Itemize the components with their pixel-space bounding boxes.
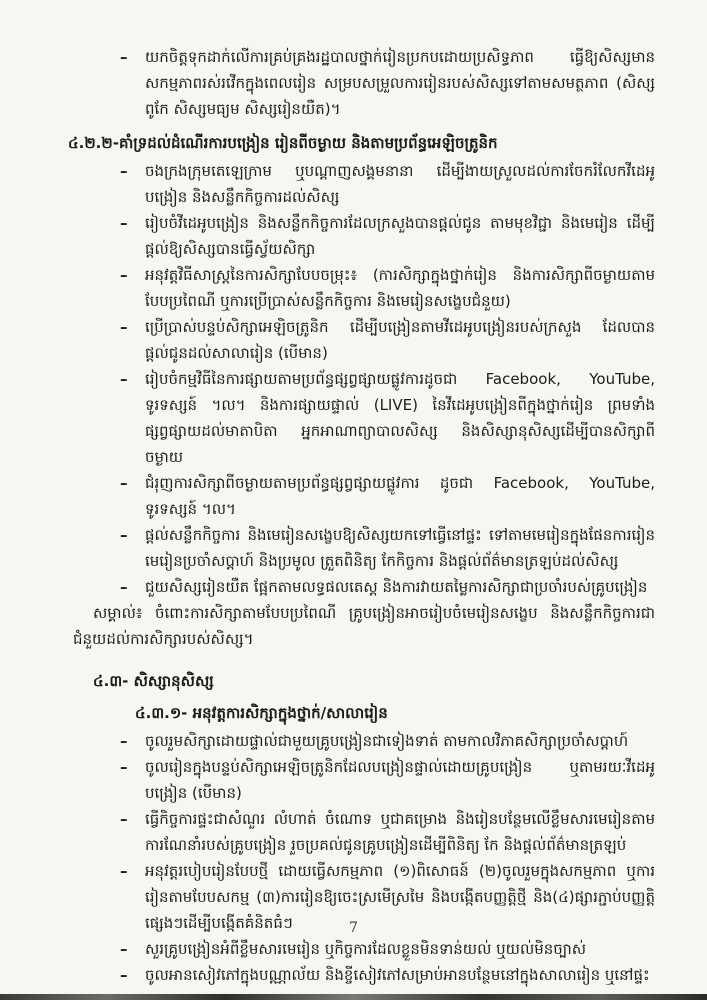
document-content: – យកចិត្តទុកដាក់លើការគ្រប់គ្រងរដ្ឋបាលថ្ន…	[0, 44, 707, 988]
section-heading-4-3-1: ៤.៣.១- អនុវត្តការសិក្សាក្នុងថ្នាក់/សាលារ…	[135, 700, 655, 726]
bullet-text: ប្រើប្រាស់បន្ទប់សិក្សាអេឡិចត្រូនិក ដើម្ប…	[145, 318, 655, 362]
bullet-text: រៀបចំវីដេអូបង្រៀន និងសន្លឹកកិច្ចការដែលក្…	[145, 214, 655, 258]
bullet-marker: –	[120, 522, 128, 548]
list-item: – ប្រើប្រាស់បន្ទប់សិក្សាអេឡិចត្រូនិក ដើម…	[120, 314, 655, 366]
bullet-text: ចូលរួមសិក្សាដោយផ្ទាល់ជាមួយគ្រូបង្រៀនជាទៀ…	[145, 732, 628, 750]
section-heading-4-2-2: ៤.២.២-គាំទ្រដល់ដំណើរការបង្រៀន រៀនពីចម្ងា…	[68, 130, 655, 156]
remark-note: សម្គាល់៖ ចំពោះការសិក្សាតាមបែបប្រពៃណី គ្រ…	[73, 600, 655, 652]
bullet-marker: –	[120, 858, 128, 884]
list-item: – ចងក្រងក្រុមតេឡេក្រាម ឬបណ្ដាញសង្គមនានា …	[120, 158, 655, 210]
bullet-marker: –	[120, 574, 128, 600]
list-item: – សួរគ្រូបង្រៀនអំពីខ្លឹមសារមេរៀន ឬកិច្ចក…	[120, 936, 655, 962]
bullet-text: ចងក្រងក្រុមតេឡេក្រាម ឬបណ្ដាញសង្គមនានា ដើ…	[145, 162, 655, 206]
bullet-text: ផ្តល់សន្លឹកកិច្ចការ និងមេរៀនសង្ខេបឱ្យសិស…	[145, 526, 655, 570]
bullet-text: ជួយសិស្សរៀនយឺត ផ្អែកតាមលទ្ធផលតេស្ត និងកា…	[145, 578, 647, 596]
bullet-marker: –	[120, 262, 128, 288]
bullet-marker: –	[120, 314, 128, 340]
bullet-marker: –	[120, 158, 128, 184]
list-item: – យកចិត្តទុកដាក់លើការគ្រប់គ្រងរដ្ឋបាលថ្ន…	[120, 44, 655, 122]
intro-bullet-list: – យកចិត្តទុកដាក់លើការគ្រប់គ្រងរដ្ឋបាលថ្ន…	[0, 44, 707, 122]
section-4-2-2-bullet-list: – ចងក្រងក្រុមតេឡេក្រាម ឬបណ្ដាញសង្គមនានា …	[0, 158, 707, 600]
list-item: – ជំរុញការសិក្សាពីចម្ងាយតាមប្រព័ន្ធផ្សព្…	[120, 470, 655, 522]
bullet-marker: –	[120, 728, 128, 754]
bullet-marker: –	[120, 210, 128, 236]
list-item: – រៀបចំកម្មវិធីនៃការផ្សាយតាមប្រព័ន្ធផ្សព…	[120, 366, 655, 470]
bullet-marker: –	[120, 754, 128, 780]
list-item: – ចូលរៀនក្នុងបន្ទប់សិក្សាអេឡិចត្រូនិកដែល…	[120, 754, 655, 806]
section-4-3-1-bullet-list: – ចូលរួមសិក្សាដោយផ្ទាល់ជាមួយគ្រូបង្រៀនជា…	[0, 728, 707, 988]
bullet-marker: –	[120, 366, 128, 392]
list-item: – ជួយសិស្សរៀនយឺត ផ្អែកតាមលទ្ធផលតេស្ត និង…	[120, 574, 655, 600]
bullet-marker: –	[120, 936, 128, 962]
bullet-text: យកចិត្តទុកដាក់លើការគ្រប់គ្រងរដ្ឋបាលថ្នាក…	[145, 48, 655, 118]
bullet-text: រៀបចំកម្មវិធីនៃការផ្សាយតាមប្រព័ន្ធផ្សព្វ…	[145, 370, 655, 466]
page-number: 7	[0, 920, 707, 936]
list-item: – រៀបចំវីដេអូបង្រៀន និងសន្លឹកកិច្ចការដែល…	[120, 210, 655, 262]
bullet-text: ធ្វើកិច្ចការផ្ទះជាសំណួរ លំហាត់ ចំណោទ ឬជា…	[145, 810, 655, 854]
scan-edge	[0, 994, 707, 1000]
document-page: – យកចិត្តទុកដាក់លើការគ្រប់គ្រងរដ្ឋបាលថ្ន…	[0, 0, 707, 1000]
bullet-marker: –	[120, 44, 128, 70]
bullet-text: ចូលរៀនក្នុងបន្ទប់សិក្សាអេឡិចត្រូនិកដែលបង…	[145, 758, 655, 802]
list-item: – ចូលរួមសិក្សាដោយផ្ទាល់ជាមួយគ្រូបង្រៀនជា…	[120, 728, 655, 754]
bullet-marker: –	[120, 806, 128, 832]
list-item: – ផ្តល់សន្លឹកកិច្ចការ និងមេរៀនសង្ខេបឱ្យស…	[120, 522, 655, 574]
list-item: – អនុវត្តវិធីសាស្ត្រនៃការសិក្សាបែបចម្រុះ…	[120, 262, 655, 314]
bullet-text: អនុវត្តវិធីសាស្ត្រនៃការសិក្សាបែបចម្រុះ៖ …	[145, 266, 655, 310]
bullet-marker: –	[120, 962, 128, 988]
list-item: – ធ្វើកិច្ចការផ្ទះជាសំណួរ លំហាត់ ចំណោទ ឬ…	[120, 806, 655, 858]
bullet-text: ជំរុញការសិក្សាពីចម្ងាយតាមប្រព័ន្ធផ្សព្វផ…	[145, 474, 655, 518]
list-item: – ចូលអានសៀវភៅក្នុងបណ្ណាល័យ និងខ្ចីសៀវភៅស…	[120, 962, 655, 988]
bullet-text: ចូលអានសៀវភៅក្នុងបណ្ណាល័យ និងខ្ចីសៀវភៅសម្…	[145, 966, 650, 984]
section-heading-4-3: ៤.៣- សិស្សានុសិស្ស	[93, 668, 655, 694]
bullet-marker: –	[120, 470, 128, 496]
bullet-text: សួរគ្រូបង្រៀនអំពីខ្លឹមសារមេរៀន ឬកិច្ចការ…	[145, 940, 586, 958]
